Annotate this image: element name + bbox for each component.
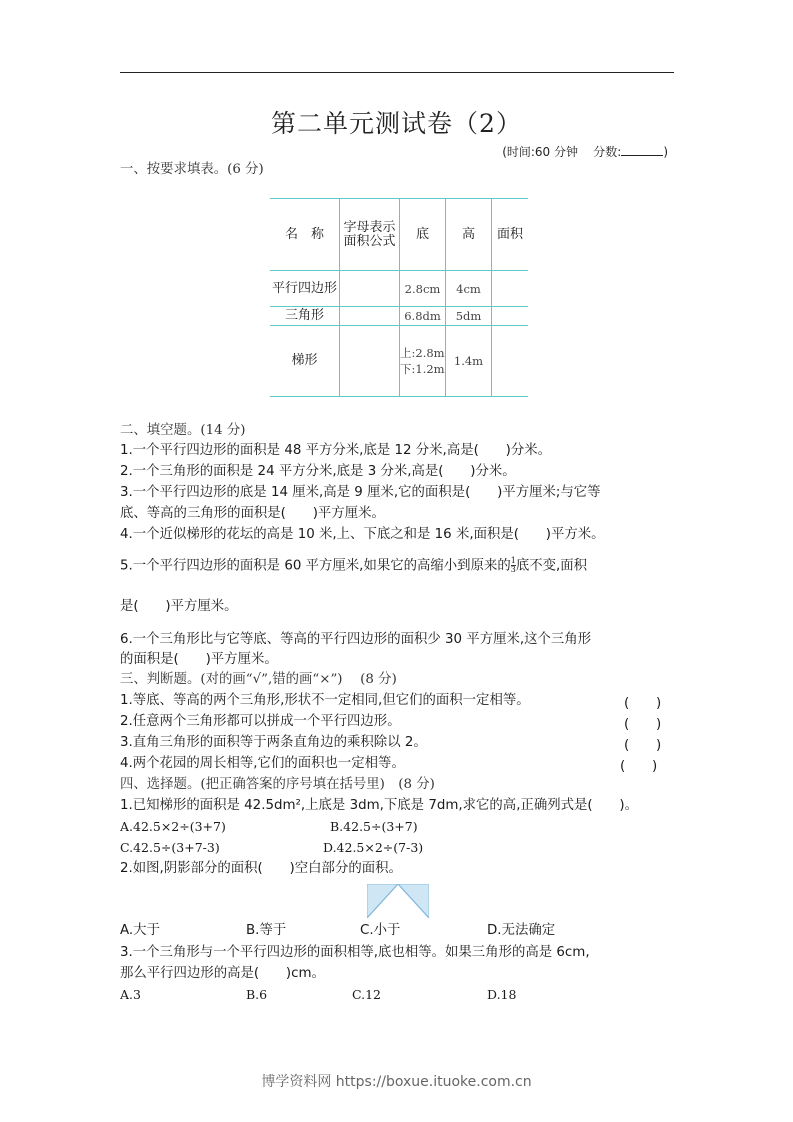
header-name: 名 称 xyxy=(270,199,340,271)
choice-q3-cont: 那么平行四边形的高是( )cm。 xyxy=(120,965,325,983)
choice-q3: 3.一个三角形与一个平行四边形的面积相等,底也相等。如果三角形的高是 6cm, xyxy=(120,944,590,962)
q3-option-a[interactable]: A.3 xyxy=(120,986,141,1004)
q3-option-b[interactable]: B.6 xyxy=(246,986,267,1004)
q2-option-d[interactable]: D.无法确定 xyxy=(487,922,555,940)
section3-heading: 三、判断题。(对的画“√”,错的画“×”) (8 分) xyxy=(120,671,397,689)
q2-option-b[interactable]: B.等于 xyxy=(246,922,286,940)
judge-answer-4[interactable]: ( ) xyxy=(620,755,657,774)
table-row: 梯形 上:2.8m 下:1.2m 1.4m xyxy=(270,326,528,397)
q2-option-c[interactable]: C.小于 xyxy=(360,922,400,940)
header-base: 底 xyxy=(400,199,446,271)
table-header-row: 名 称 字母表示面积公式 底 高 面积 xyxy=(270,199,528,271)
q1-option-c[interactable]: C.42.5÷(3+7-3) xyxy=(120,839,220,857)
score-blank[interactable] xyxy=(621,143,663,156)
header-formula: 字母表示面积公式 xyxy=(340,199,400,271)
formula-cell[interactable] xyxy=(340,307,400,326)
fill-table: 名 称 字母表示面积公式 底 高 面积 平行四边形 2.8cm 4cm 三角形 … xyxy=(270,198,528,397)
header-rule xyxy=(120,72,674,73)
score-label: 分数: xyxy=(593,145,621,159)
section4-heading: 四、选择题。(把正确答案的序号填在括号里) (8 分) xyxy=(120,776,435,794)
fill-item-6-cont: 的面积是( )平方厘米。 xyxy=(120,651,278,669)
row-name: 梯形 xyxy=(270,326,340,397)
judge-item-4: 4.两个花园的周长相等,它们的面积也一定相等。 xyxy=(120,755,405,773)
table-row: 三角形 6.8dm 5dm xyxy=(270,307,528,326)
area-cell[interactable] xyxy=(492,326,529,397)
fill-item-5-cont: 是( )平方厘米。 xyxy=(120,598,238,616)
judge-answer-1[interactable]: ( ) xyxy=(624,692,661,711)
row-name: 平行四边形 xyxy=(270,271,340,307)
fill-item-3: 3.一个平行四边形的底是 14 厘米,高是 9 厘米,它的面积是( )平方厘米;… xyxy=(120,484,601,502)
fill-item-6: 6.一个三角形比与它等底、等高的平行四边形的面积少 30 平方厘米,这个三角形 xyxy=(120,631,591,649)
fill-item-3-cont: 底、等高的三角形的面积是( )平方厘米。 xyxy=(120,505,385,523)
q3-option-d[interactable]: D.18 xyxy=(487,986,516,1004)
area-cell[interactable] xyxy=(492,307,529,326)
height-cell: 5dm xyxy=(446,307,492,326)
fill-item-5: 5.一个平行四边形的面积是 60 平方厘米,如果它的高缩小到原来的13底不变,面… xyxy=(120,557,587,576)
q3-option-c[interactable]: C.12 xyxy=(352,986,381,1004)
shaded-figure xyxy=(367,884,429,918)
judge-item-3: 3.直角三角形的面积等于两条直角边的乘积除以 2。 xyxy=(120,734,427,752)
height-cell: 4cm xyxy=(446,271,492,307)
section2-heading: 二、填空题。(14 分) xyxy=(120,422,245,440)
fill-item-5-text-2: 底不变,面积 xyxy=(516,559,587,574)
judge-answer-3[interactable]: ( ) xyxy=(624,734,661,753)
fill-item-1: 1.一个平行四边形的面积是 48 平方分米,底是 12 分米,高是( )分米。 xyxy=(120,442,551,460)
formula-cell[interactable] xyxy=(340,271,400,307)
row-name: 三角形 xyxy=(270,307,340,326)
fill-item-4: 4.一个近似梯形的花坛的高是 10 米,上、下底之和是 16 米,面积是( )平… xyxy=(120,526,605,544)
base-cell: 2.8cm xyxy=(400,271,446,307)
area-cell[interactable] xyxy=(492,271,529,307)
judge-item-1: 1.等底、等高的两个三角形,形状不一定相同,但它们的面积一定相等。 xyxy=(120,692,530,710)
time-label: (时间:60 分钟 xyxy=(502,145,578,159)
choice-q1: 1.已知梯形的面积是 42.5dm²,上底是 3dm,下底是 7dm,求它的高,… xyxy=(120,797,638,815)
header-area: 面积 xyxy=(492,199,529,271)
fill-item-5-text: 5.一个平行四边形的面积是 60 平方厘米,如果它的高缩小到原来的 xyxy=(120,559,511,574)
choice-q2: 2.如图,阴影部分的面积( )空白部分的面积。 xyxy=(120,860,402,878)
q1-option-d[interactable]: D.42.5×2÷(7-3) xyxy=(323,839,423,857)
base-top: 上:2.8m xyxy=(400,345,445,361)
page-title: 第二单元测试卷（2） xyxy=(0,104,793,140)
exam-meta: (时间:60 分钟 分数:) xyxy=(502,143,668,160)
base-bottom: 下:1.2m xyxy=(400,361,445,377)
q1-option-b[interactable]: B.42.5÷(3+7) xyxy=(330,818,418,836)
judge-item-2: 2.任意两个三角形都可以拼成一个平行四边形。 xyxy=(120,713,401,731)
header-height: 高 xyxy=(446,199,492,271)
base-cell: 6.8dm xyxy=(400,307,446,326)
q2-option-a[interactable]: A.大于 xyxy=(120,922,160,940)
table-row: 平行四边形 2.8cm 4cm xyxy=(270,271,528,307)
section1-heading: 一、按要求填表。(6 分) xyxy=(120,161,264,179)
footer-watermark: 博学资料网 https://boxue.ituoke.com.cn xyxy=(0,1071,793,1091)
height-cell: 1.4m xyxy=(446,326,492,397)
fill-item-2: 2.一个三角形的面积是 24 平方分米,底是 3 分米,高是( )分米。 xyxy=(120,463,516,481)
base-cell: 上:2.8m 下:1.2m xyxy=(400,326,446,397)
q1-option-a[interactable]: A.42.5×2÷(3+7) xyxy=(120,818,226,836)
judge-answer-2[interactable]: ( ) xyxy=(624,713,661,732)
meta-close: ) xyxy=(663,145,668,159)
formula-cell[interactable] xyxy=(340,326,400,397)
